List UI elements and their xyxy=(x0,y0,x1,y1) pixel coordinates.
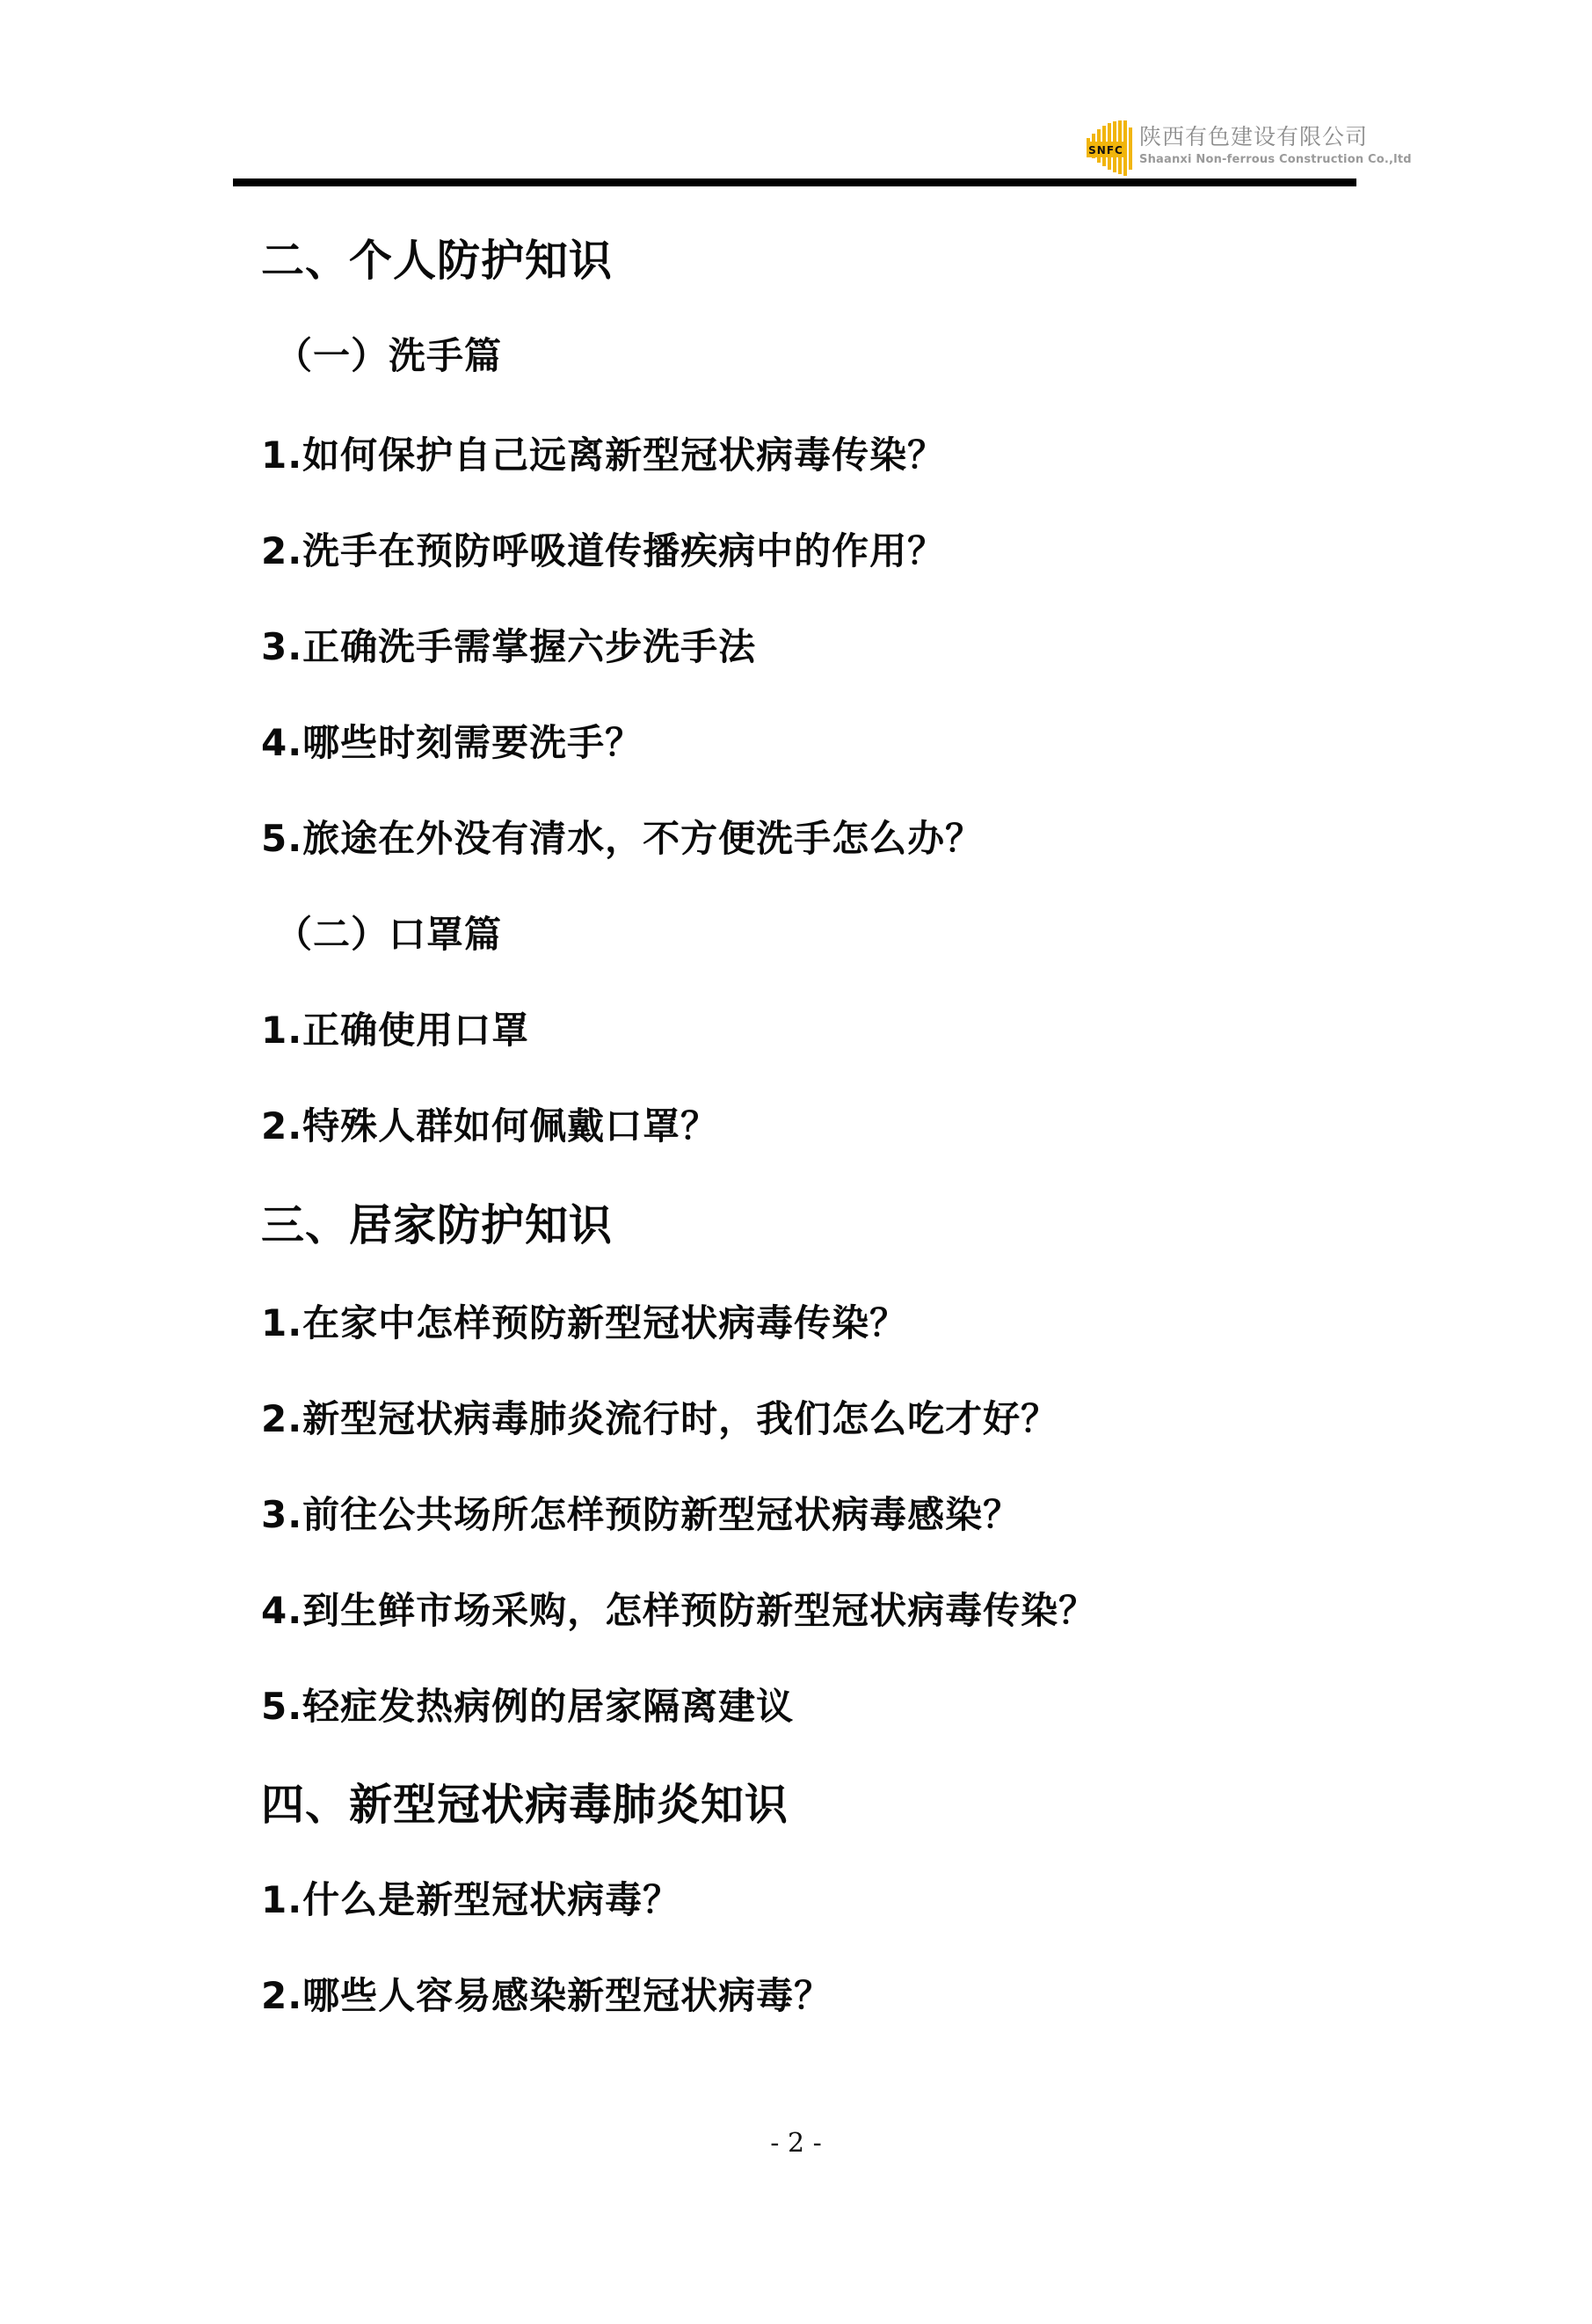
company-logo-icon: SNFC xyxy=(1087,120,1134,177)
list-item: 2.特殊人群如何佩戴口罩？ xyxy=(261,1108,718,1145)
page-number: - 2 - xyxy=(0,2131,1592,2157)
list-item: 5.轻症发热病例的居家隔离建议 xyxy=(261,1688,794,1725)
company-name-block: 陕西有色建设有限公司 Shaanxi Non-ferrous Construct… xyxy=(1139,124,1412,166)
list-item: 2.哪些人容易感染新型冠状病毒？ xyxy=(261,1978,832,2014)
list-item: 4.哪些时刻需要洗手？ xyxy=(261,725,643,761)
list-item: 4.到生鲜市场采购，怎样预防新型冠状病毒传染？ xyxy=(261,1592,1096,1629)
svg-text:SNFC: SNFC xyxy=(1088,144,1123,157)
list-item: 2.洗手在预防呼吸道传播疾病中的作用？ xyxy=(261,533,945,570)
company-name-cn: 陕西有色建设有限公司 xyxy=(1139,124,1412,150)
list-item: 3.前往公共场所怎样预防新型冠状病毒感染？ xyxy=(261,1497,1021,1534)
section-subheading: （二）口罩篇 xyxy=(275,916,502,953)
section-heading: 三、居家防护知识 xyxy=(261,1204,613,1247)
list-item: 3.正确洗手需掌握六步洗手法 xyxy=(261,629,756,666)
list-item: 1.如何保护自己远离新型冠状病毒传染？ xyxy=(261,437,945,474)
list-item: 2.新型冠状病毒肺炎流行时，我们怎么吃才好？ xyxy=(261,1401,1058,1438)
list-item: 5.旅途在外没有清水，不方便洗手怎么办？ xyxy=(261,820,983,857)
header-divider xyxy=(233,178,1356,186)
section-heading: 四、新型冠状病毒肺炎知识 xyxy=(261,1783,789,1826)
list-item: 1.什么是新型冠状病毒？ xyxy=(261,1882,680,1919)
list-item: 1.在家中怎样预防新型冠状病毒传染？ xyxy=(261,1305,907,1342)
section-subheading: （一）洗手篇 xyxy=(275,338,502,375)
section-heading: 二、个人防护知识 xyxy=(261,239,613,282)
company-name-en: Shaanxi Non-ferrous Construction Co.,ltd xyxy=(1139,153,1412,166)
list-item: 1.正确使用口罩 xyxy=(261,1012,529,1049)
document-page: SNFC 陕西有色建设有限公司 Shaanxi Non-ferrous Cons… xyxy=(0,0,1592,2324)
